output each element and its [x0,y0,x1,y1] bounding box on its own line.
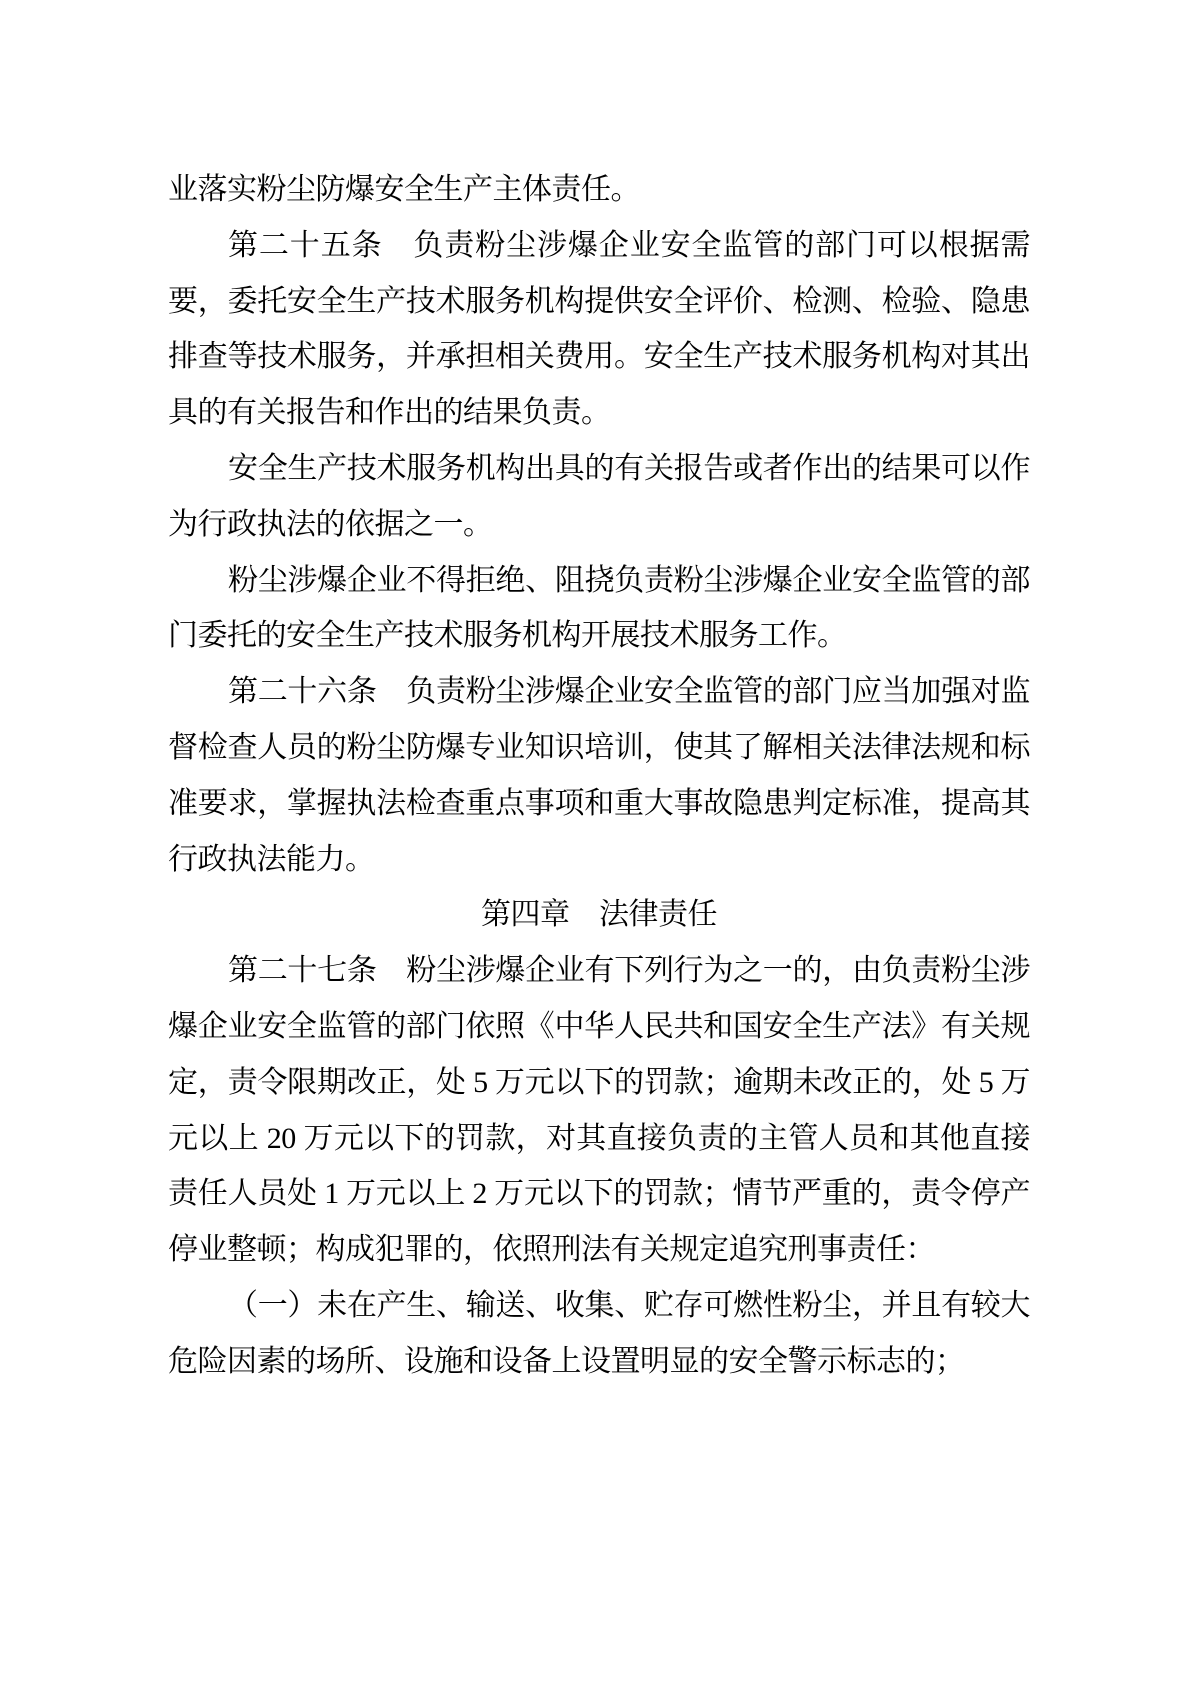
document-body: 业落实粉尘防爆安全生产主体责任。 第二十五条 负责粉尘涉爆企业安全监管的部门可以… [168,162,1030,1390]
chapter-heading: 第四章 法律责任 [168,887,1030,943]
paragraph-article-25-clause-3: 粉尘涉爆企业不得拒绝、阻挠负责粉尘涉爆企业安全监管的部门委托的安全生产技术服务机… [168,553,1030,665]
paragraph-continuation: 业落实粉尘防爆安全生产主体责任。 [168,162,1030,218]
paragraph-article-25-clause-2: 安全生产技术服务机构出具的有关报告或者作出的结果可以作为行政执法的依据之一。 [168,441,1030,553]
paragraph-article-25: 第二十五条 负责粉尘涉爆企业安全监管的部门可以根据需要，委托安全生产技术服务机构… [168,218,1030,441]
paragraph-article-27: 第二十七条 粉尘涉爆企业有下列行为之一的，由负责粉尘涉爆企业安全监管的部门依照《… [168,943,1030,1278]
document-page: 业落实粉尘防爆安全生产主体责任。 第二十五条 负责粉尘涉爆企业安全监管的部门可以… [0,0,1190,1683]
paragraph-list-item-1: （一）未在产生、输送、收集、贮存可燃性粉尘，并且有较大危险因素的场所、设施和设备… [168,1278,1030,1390]
paragraph-article-26: 第二十六条 负责粉尘涉爆企业安全监管的部门应当加强对监督检查人员的粉尘防爆专业知… [168,664,1030,887]
